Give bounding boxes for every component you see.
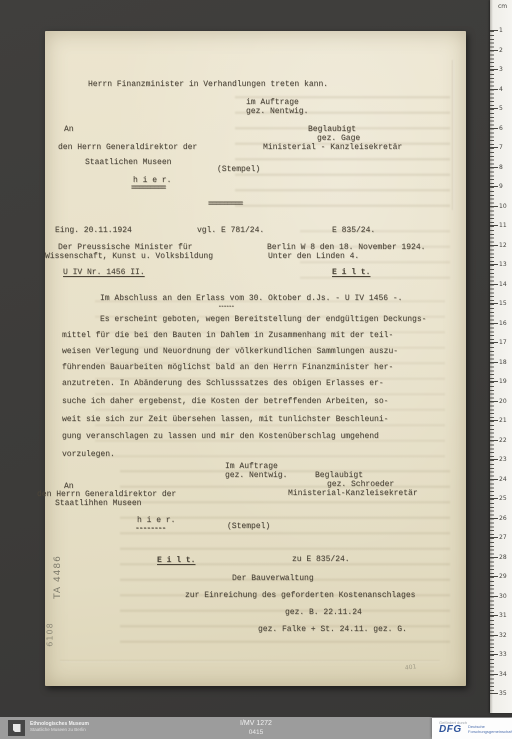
margin-annotation-shelfmark: TA 4486: [53, 537, 63, 617]
sender-line: Der Preussische Minister für: [58, 243, 192, 252]
ruler-number: 5: [499, 105, 511, 112]
signature-note: gez. B. 22.11.24: [285, 608, 362, 617]
scan-viewer: Herrn Finanzminister in Verhandlungen tr…: [0, 0, 512, 739]
ruler-major-tick: [490, 89, 498, 90]
ruler-number: 30: [499, 593, 511, 600]
body-line: weit sie sich zur Zeit übersehen lassen,…: [62, 415, 388, 424]
signature-block: gez. Nentwig.: [225, 471, 287, 480]
ruler-major-tick: [490, 440, 498, 441]
ruler-major-tick: [490, 498, 498, 499]
ruler-number: 11: [499, 222, 511, 229]
ruler-major-tick: [490, 459, 498, 460]
ruler-major-tick: [490, 557, 498, 558]
address-line: Unter den Linden 4.: [268, 252, 359, 261]
ruler-major-tick: [490, 303, 498, 304]
ruler-major-tick: [490, 654, 498, 655]
ruler-number: 2: [499, 47, 511, 54]
ruler-major-tick: [490, 69, 498, 70]
routing-note: Der Bauverwaltung: [232, 574, 314, 583]
ruler-major-tick: [490, 381, 498, 382]
body-line: vorzulegen.: [62, 450, 115, 459]
typewritten-line: An: [64, 125, 74, 134]
ruler-major-tick: [490, 128, 498, 129]
certification-block: gez. Schroeder: [327, 480, 394, 489]
body-line: mittel für die bei den Bauten in Dahlem …: [62, 331, 393, 340]
ruler-number: 4: [499, 86, 511, 93]
ruler-number: 13: [499, 261, 511, 268]
body-line: weisen Verlegung und Neuordnung der völk…: [62, 347, 398, 356]
ruler-number: 9: [499, 183, 511, 190]
ruler-number: 32: [499, 632, 511, 639]
ruler-major-tick: [490, 537, 498, 538]
body-line: suche ich daher ergebenst, die Kosten de…: [62, 397, 388, 406]
dfg-name-line2: Forschungsgemeinschaft: [468, 730, 512, 735]
typewritten-line: Staatlichen Museen: [85, 158, 171, 167]
ruler-number: 16: [499, 320, 511, 327]
ruler-number: 14: [499, 281, 511, 288]
body-line: Es erscheint geboten, wegen Bereitstellu…: [100, 315, 426, 324]
ruler-major-tick: [490, 284, 498, 285]
file-reference: zu E 835/24.: [292, 555, 350, 564]
dfg-logo: DFG: [439, 724, 462, 735]
ruler-major-tick: [490, 401, 498, 402]
ruler-number: 12: [499, 242, 511, 249]
ruler-number: 24: [499, 476, 511, 483]
ruler-number: 3: [499, 66, 511, 73]
ruler-major-tick: [490, 323, 498, 324]
ruler-major-tick: [490, 479, 498, 480]
ruler-number: 21: [499, 417, 511, 424]
ruler-number: 8: [499, 164, 511, 171]
ruler-number: 10: [499, 203, 511, 210]
stamp-placeholder: (Stempel): [217, 165, 260, 174]
ruler-number: 20: [499, 398, 511, 405]
date-line: Berlin W 8 den 18. November 1924.: [267, 243, 425, 252]
ruler-number: 26: [499, 515, 511, 522]
certification-block: Beglaubigt: [315, 471, 363, 480]
certification-block: Ministerial-Kanzleisekretär: [288, 489, 418, 498]
ruler-major-tick: [490, 108, 498, 109]
ruler-major-tick: [490, 186, 498, 187]
ruler-major-tick: [490, 615, 498, 616]
dfg-name: Deutsche Forschungsgemeinschaft: [468, 725, 512, 734]
document-page: [45, 31, 466, 686]
body-line: führenden Bauarbeiten möglichst bald an …: [62, 363, 393, 372]
file-reference: U IV Nr. 1456 II.: [63, 268, 145, 277]
address-block: den Herrn Generaldirektor der: [37, 490, 176, 499]
ruler-number: 6: [499, 125, 511, 132]
ruler-number: 7: [499, 144, 511, 151]
ruler-major-tick: [490, 50, 498, 51]
ruler-number: 29: [499, 573, 511, 580]
stamp-placeholder: (Stempel): [227, 522, 270, 531]
dash-rule: =========: [131, 184, 165, 193]
ruler-major-tick: [490, 30, 498, 31]
ruler-number: 22: [499, 437, 511, 444]
body-line: Im Abschluss an den Erlass vom 30. Oktob…: [100, 294, 402, 303]
separator-rule: =========: [208, 200, 242, 209]
ruler-major-tick: [490, 576, 498, 577]
ruler-number: 33: [499, 651, 511, 658]
ruler-major-tick: [490, 362, 498, 363]
ruler-major-tick: [490, 420, 498, 421]
paper-crease-bottom: [60, 660, 440, 662]
ruler-number: 34: [499, 671, 511, 678]
ruler-number: 31: [499, 612, 511, 619]
typewritten-line: Ministerial - Kanzleisekretär: [263, 143, 402, 152]
ruler-number: 1: [499, 27, 511, 34]
dfg-logo-box: Gefördert durch DFG Deutsche Forschungsg…: [432, 718, 512, 739]
ruler-number: 35: [499, 690, 511, 697]
ruler-number: 28: [499, 554, 511, 561]
ruler-major-tick: [490, 674, 498, 675]
urgent-marker: E i l t.: [332, 268, 370, 277]
ruler-major-tick: [490, 206, 498, 207]
ruler-major-tick: [490, 147, 498, 148]
typewritten-line: Beglaubigt: [308, 125, 356, 134]
routing-note: zur Einreichung des geforderten Kostenan…: [185, 591, 415, 600]
ruler-major-tick: [490, 635, 498, 636]
signature-note: gez. Falke + St. 24.11. gez. G.: [258, 625, 407, 634]
ruler-number: 18: [499, 359, 511, 366]
typewritten-line: Herrn Finanzminister in Verhandlungen tr…: [88, 80, 328, 89]
ruler-major-tick: [490, 693, 498, 694]
ruler-number: 17: [499, 339, 511, 346]
sender-line: Wissenschaft, Kunst u. Volksbildung: [45, 252, 213, 261]
dash-rule: ------: [218, 302, 234, 311]
ruler-number: 15: [499, 300, 511, 307]
typewritten-line: im Auftrage: [246, 98, 299, 107]
file-number: E 835/24.: [332, 226, 375, 235]
typewritten-line: den Herrn Generaldirektor der: [58, 143, 197, 152]
ruler-number: 23: [499, 456, 511, 463]
urgent-marker: E i l t.: [157, 556, 195, 565]
ruler-number: 27: [499, 534, 511, 541]
paper-crease: [452, 60, 454, 210]
ruler-number: 25: [499, 495, 511, 502]
ruler-major-tick: [490, 264, 498, 265]
ruler-major-tick: [490, 225, 498, 226]
ruler: cm 1234567891011121314151617181920212223…: [490, 0, 512, 713]
ruler-unit-label: cm: [498, 3, 507, 10]
ruler-major-tick: [490, 518, 498, 519]
body-line: anzutreten. In Abänderung des Schlusssat…: [62, 379, 384, 388]
reference-number: vgl. E 781/24.: [197, 226, 264, 235]
ruler-major-tick: [490, 167, 498, 168]
footer-bar: Ethnologisches Museum Staatliche Museen …: [0, 717, 512, 739]
typewritten-line: gez. Nentwig.: [246, 107, 308, 116]
dash-rule: --------: [135, 524, 165, 533]
ruler-major-tick: [490, 342, 498, 343]
typewritten-line: gez. Gage: [317, 134, 360, 143]
received-stamp-line: Eing. 20.11.1924: [55, 226, 132, 235]
ruler-major-tick: [490, 596, 498, 597]
body-line: gung veranschlagen zu lassen und mir den…: [62, 432, 379, 441]
ruler-number: 19: [499, 378, 511, 385]
address-block: Staatlihhen Museen: [55, 499, 141, 508]
signature-block: Im Auftrage: [225, 462, 278, 471]
margin-annotation-number: 6108: [46, 605, 55, 665]
ruler-major-tick: [490, 245, 498, 246]
